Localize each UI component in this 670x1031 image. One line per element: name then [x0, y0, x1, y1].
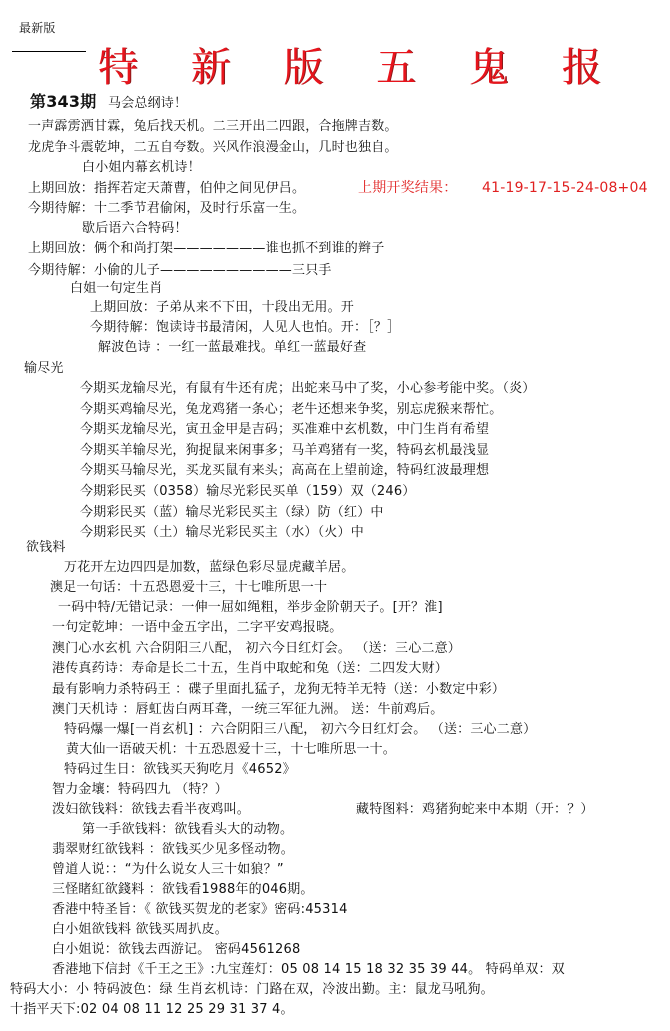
list-item: 特码大小：小 特码波色：绿 生肖玄机诗：门路在双，冷波出勤。主：鼠龙马吼狗。 — [10, 982, 494, 998]
edition-label: 最新版 — [19, 20, 56, 36]
list-item: 香港地下信封《千王之王》:九宝莲灯：05 08 14 15 18 32 35 3… — [52, 962, 565, 978]
last-period-line: 上期回放：指挥若定天萧曹，伯仲之间见伊吕。 — [28, 181, 305, 197]
current-period-line: 今期待解：十二季节君偷闲，及时行乐富一生。 — [28, 201, 305, 217]
side-note: 藏特图料：鸡猪狗蛇来中本期（开：？） — [356, 802, 594, 818]
divider-line — [12, 51, 86, 52]
list-item: 第一手欲钱料：欲钱看头大的动物。 — [82, 822, 293, 838]
section-heading: 欲钱料 — [26, 540, 66, 556]
section-heading: 白小姐内幕玄机诗！ — [82, 160, 201, 176]
list-item: 今期买鸡输尽光，兔龙鸡猪一条心；老牛还想来争奖，别忘虎猴来帮忙。 — [80, 402, 502, 418]
poem-line: 龙虎争斗震乾坤，二五自夸数。兴风作浪漫金山，几时也独自。 — [28, 140, 398, 156]
list-item: 今期彩民买（0358）输尽光彩民买单（159）双（246） — [80, 484, 416, 500]
list-item: 香港中特圣旨：《 欲钱买贺龙的老家》密码:45314 — [52, 902, 348, 918]
page-title: 特 新 版 五 鬼 报 — [98, 44, 622, 92]
list-item: 曾道人说：：“为什么说女人三十如狼？” — [52, 862, 284, 878]
list-item: 万花开左边四四是加数，蓝绿色彩尽显虎藏羊居。 — [64, 560, 354, 576]
list-item: 泼妇欲钱料：欲钱去看半夜鸡叫。 — [52, 802, 250, 818]
section-heading: 输尽光 — [24, 361, 64, 377]
list-item: 一码中特/无错记录：一伸一屈如绳粗，举步金阶朝天子。[开？淮] — [58, 600, 443, 616]
list-item: 澳门心水玄机 六合阴阳三八配， 初六今日红灯会。 （送：三心二意） — [52, 641, 461, 657]
list-item: 今期彩民买（蓝）输尽光彩民买主（绿）防（红）中 — [80, 505, 384, 521]
poem-line: 一声霹雳洒甘霖，兔后找天机。二三开出二四跟，合拖牌吉数。 — [28, 119, 398, 135]
list-item: 黄大仙一语破天机：十五恐恩爱十三，十七唯所思一十。 — [66, 742, 396, 758]
list-item: 三怪睹紅欲錢料 ：欲钱看1988年的046期。 — [52, 882, 314, 898]
list-item: 白小姐欲钱料 欲钱买周扒皮。 — [52, 922, 228, 938]
list-item: 港传真药诗：寿命是长二十五，生肖中取蛇和兔（送：二四发大财） — [52, 661, 448, 677]
list-item: 翡翠财红欲钱料 ：欲钱买少见多怪动物。 — [52, 842, 294, 858]
list-item: 一句定乾坤：一语中金五字出，二字平安鸡报晓。 — [52, 620, 342, 636]
list-item: 智力金壤：特码四九 （特？） — [52, 782, 228, 798]
issue-number: 第343期 — [30, 94, 96, 110]
list-item: 今期买龙输尽光，有鼠有牛还有虎；出蛇来马中了奖，小心参考能中奖。（炎） — [80, 381, 536, 397]
list-item: 今期彩民买（土）输尽光彩民买主（水）（火）中 — [80, 525, 364, 541]
issue-subtitle: 马会总纲诗！ — [108, 96, 187, 112]
list-item: 澳门天机诗 ：唇虹齿白两耳聋，一统三军征九洲。 送：牛前鸡后。 — [52, 702, 443, 718]
wave-poem: 解波色诗 ：一红一蓝最难找。单红一蓝最好查 — [98, 340, 366, 356]
list-item: 今期买龙输尽光，寅丑金甲是吉码；买准难中玄机数，中门生肖有希望 — [80, 422, 489, 438]
last-period-line: 上期回放：俩个和尚打架———————谁也抓不到谁的辫子 — [28, 241, 384, 257]
section-heading: 歇后语六合特码！ — [82, 221, 188, 237]
section-heading: 白姐一句定生肖 — [70, 281, 162, 297]
list-item: 特码过生日：欲钱买天狗吃月《4652》 — [64, 762, 296, 778]
list-item: 澳足一句话：十五恐恩爱十三，十七唯所思一十 — [50, 580, 327, 596]
list-item: 十指平天下:02 04 08 11 12 25 29 31 37 4。 — [10, 1002, 294, 1018]
current-period-line: 今期待解：饱读诗书最清闲，人见人也怕。开：［？］ — [90, 320, 400, 336]
list-item: 今期买羊输尽光，狗捉鼠来闲事多；马羊鸡猪有一奖，特码玄机最浅显 — [80, 443, 489, 459]
list-item: 最有影响力杀特码王 ：碟子里面扎猛子，龙狗无特羊无特（送：小数定中彩） — [52, 682, 505, 698]
current-period-line: 今期待解：小偷的儿子——————————三只手 — [28, 263, 332, 279]
last-result-numbers: 41-19-17-15-24-08+04 — [482, 180, 648, 196]
list-item: 今期买马输尽光，买龙买鼠有来头；高高在上望前途，特码红波最理想 — [80, 463, 489, 479]
last-result-label: 上期开奖结果： — [358, 180, 457, 196]
list-item: 白小姐说：欲钱去西游记。 密码4561268 — [52, 942, 300, 958]
last-period-line: 上期回放：子弟从来不下田，十段出无用。开 — [90, 300, 354, 316]
list-item: 特码爆一爆[一肖玄机] ：六合阴阳三八配， 初六今日红灯会。 （送：三心二意） — [64, 722, 536, 738]
